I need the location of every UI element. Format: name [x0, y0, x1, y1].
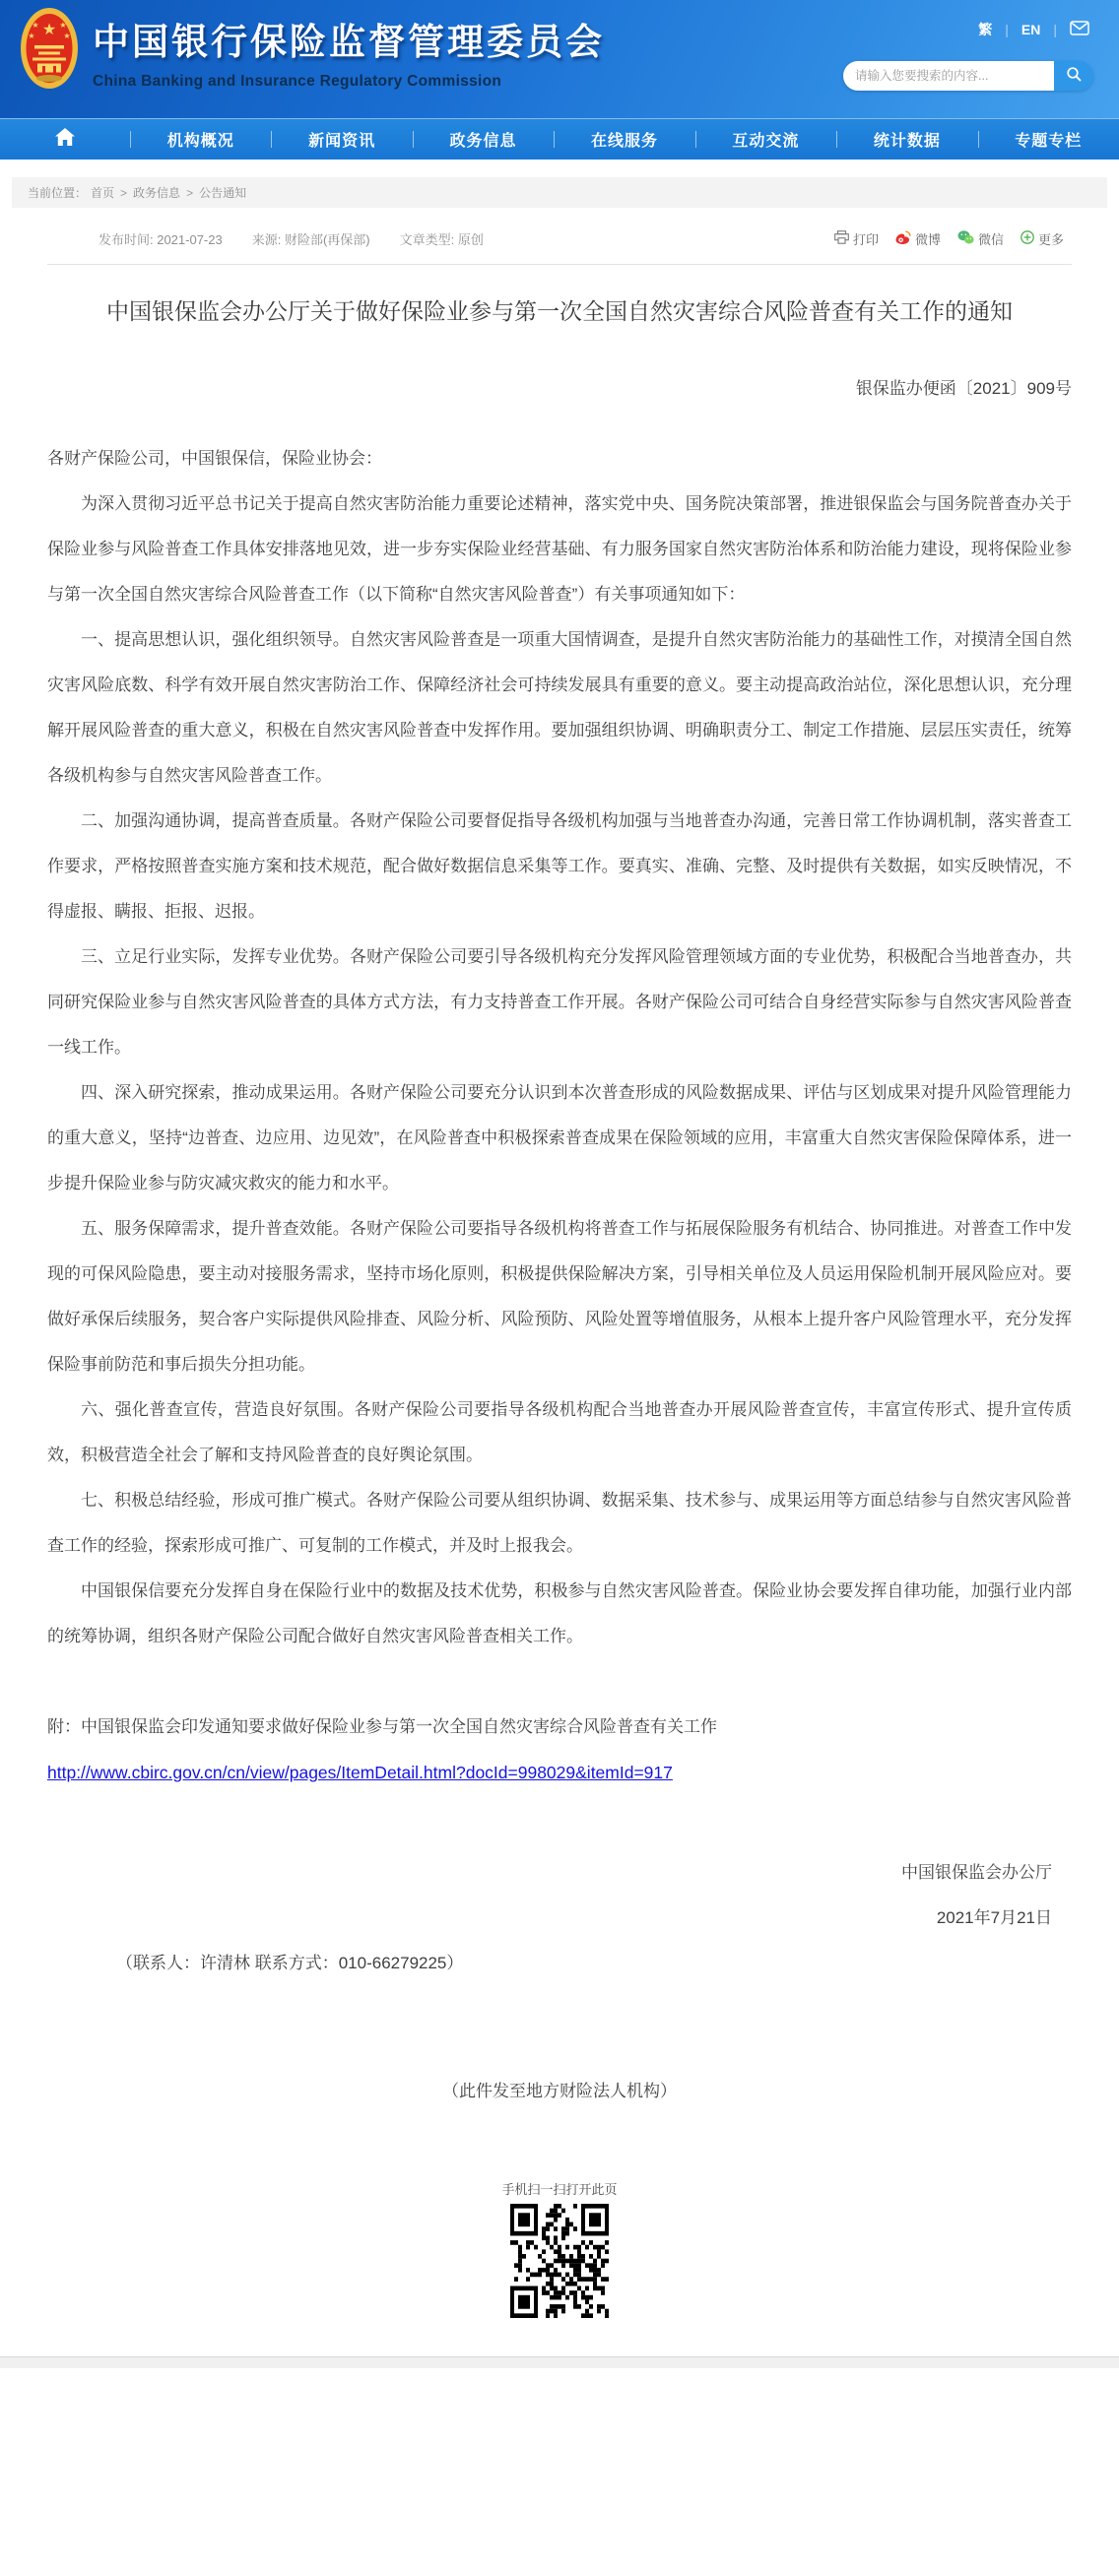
weibo-label: 微博 — [915, 229, 941, 248]
article-body: 为深入贯彻习近平总书记关于提高自然灾害防治能力重要论述精神，落实党中央、国务院决… — [47, 482, 1072, 1659]
footer-strip — [0, 2356, 1119, 2368]
site-title-cn: 中国银行保险监督管理委员会 — [93, 12, 605, 65]
breadcrumb-link-1[interactable]: 首页 — [91, 186, 114, 200]
breadcrumb-link-2[interactable]: 政务信息 — [133, 186, 180, 200]
svg-text:★: ★ — [32, 21, 38, 30]
nav-item-4[interactable]: 在线服务 — [554, 119, 694, 160]
divider: | — [1053, 22, 1057, 37]
search-bar — [843, 61, 1093, 91]
breadcrumb-separator: > — [186, 186, 193, 200]
svg-text:★: ★ — [59, 21, 66, 30]
nav-item-1[interactable]: 机构概况 — [130, 119, 271, 160]
print-button[interactable]: 打印 — [834, 229, 879, 248]
content-container: 发布时间: 2021-07-23 来源: 财险部(再保部) 文章类型: 原创 打… — [12, 208, 1107, 2323]
breadcrumb: 当前位置： 首页>政务信息>公告通知 — [12, 177, 1107, 208]
main-nav: 机构概况新闻资讯政务信息在线服务互动交流统计数据专题专栏 — [0, 118, 1119, 160]
nav-item-2[interactable]: 新闻资讯 — [271, 119, 412, 160]
article-paragraph: 四、深入研究探索，推动成果运用。各财产保险公司要充分认识到本次普查形成的风险数据… — [47, 1070, 1072, 1206]
page: { "header": { "title_cn": "中国银行保险监督管理委员会… — [0, 0, 1119, 2368]
article-paragraph: 中国银保信要充分发挥自身在保险行业中的数据及技术优势，积极参与自然灾害风险普查。… — [47, 1569, 1072, 1659]
contact-info: （联系人：许清林 联系方式：010-66279225） — [47, 1941, 1072, 1986]
article-paragraph: 七、积极总结经验，形成可推广模式。各财产保险公司要从组织协调、数据采集、技术参与… — [47, 1478, 1072, 1569]
divider: | — [1005, 22, 1009, 37]
document-number: 银保监办便函〔2021〕909号 — [47, 374, 1072, 399]
nav-item-3[interactable]: 政务信息 — [413, 119, 554, 160]
attachment-link[interactable]: http://www.cbirc.gov.cn/cn/view/pages/It… — [47, 1750, 1072, 1795]
article-paragraph: 二、加强沟通协调，提高普查质量。各财产保险公司要督促指导各级机构加强与当地普查办… — [47, 799, 1072, 934]
lang-traditional-link[interactable]: 繁 — [978, 20, 992, 39]
wechat-icon — [957, 230, 974, 247]
article-paragraph: 三、立足行业实际，发挥专业优势。各财产保险公司要引导各级机构充分发挥风险管理领域… — [47, 934, 1072, 1070]
article-paragraph: 为深入贯彻习近平总书记关于提高自然灾害防治能力重要论述精神，落实党中央、国务院决… — [47, 482, 1072, 617]
article-source: 来源: 财险部(再保部) — [252, 229, 370, 248]
article-paragraph: 五、服务保障需求，提升普查效能。各财产保险公司要指导各级机构将普查工作与拓展保险… — [47, 1206, 1072, 1387]
svg-text:★: ★ — [63, 32, 70, 40]
wechat-label: 微信 — [978, 229, 1004, 248]
breadcrumb-separator: > — [120, 186, 127, 200]
search-icon — [1066, 66, 1083, 86]
home-icon — [55, 128, 75, 151]
breadcrumb-items: 首页>政务信息>公告通知 — [87, 184, 250, 201]
article-salutation: 各财产保险公司，中国银保信，保险业协会： — [47, 436, 1072, 482]
site-title-en: China Banking and Insurance Regulatory C… — [93, 73, 605, 91]
article-title: 中国银保监会办公厅关于做好保险业参与第一次全国自然灾害综合风险普查有关工作的通知 — [47, 292, 1072, 331]
nav-item-7[interactable]: 专题专栏 — [978, 119, 1119, 160]
article-paragraph: 一、提高思想认识，强化组织领导。自然灾害风险普查是一项重大国情调查，是提升自然灾… — [47, 617, 1072, 799]
distribution-note: （此件发至地方财险法人机构） — [47, 2069, 1072, 2114]
svg-text:★: ★ — [28, 32, 34, 40]
issuing-office: 中国银保监会办公厅 — [47, 1850, 1052, 1896]
article-meta-bar: 发布时间: 2021-07-23 来源: 财险部(再保部) 文章类型: 原创 打… — [47, 208, 1072, 265]
svg-text:★: ★ — [42, 22, 56, 38]
article-type: 文章类型: 原创 — [400, 229, 484, 248]
header-top-links: 繁 | EN | — [978, 20, 1089, 39]
more-share-button[interactable]: 更多 — [1020, 229, 1064, 248]
signature-block: 中国银保监会办公厅 2021年7月21日 — [47, 1850, 1072, 1941]
nav-item-6[interactable]: 统计数据 — [836, 119, 977, 160]
print-label: 打印 — [853, 229, 879, 248]
article-paragraph: 六、强化普查宣传，营造良好氛围。各财产保险公司要指导各级机构配合当地普查办开展风… — [47, 1387, 1072, 1478]
site-titles: 中国银行保险监督管理委员会 China Banking and Insuranc… — [93, 12, 605, 91]
weibo-icon — [895, 230, 911, 248]
article-meta-info: 发布时间: 2021-07-23 来源: 财险部(再保部) 文章类型: 原创 — [99, 229, 484, 248]
breadcrumb-link-3[interactable]: 公告通知 — [199, 186, 246, 200]
article-actions: 打印 微博 微信 更多 — [834, 229, 1064, 248]
site-header: ★ ★ ★ ★ ★ 中国银行保险监督管理委员会 China Banking an… — [0, 0, 1119, 118]
qr-code — [510, 2204, 609, 2318]
breadcrumb-wrap: 当前位置： 首页>政务信息>公告通知 — [12, 177, 1107, 208]
qr-block: 手机扫一扫打开此页 — [47, 2179, 1072, 2323]
nav-home-button[interactable] — [0, 119, 130, 160]
weibo-share-button[interactable]: 微博 — [895, 229, 941, 248]
breadcrumb-label: 当前位置： — [28, 184, 87, 201]
plus-circle-icon — [1020, 230, 1034, 247]
wechat-share-button[interactable]: 微信 — [957, 229, 1004, 248]
search-input[interactable] — [843, 61, 1054, 91]
mail-icon[interactable] — [1070, 21, 1089, 38]
more-label: 更多 — [1038, 229, 1064, 248]
publish-time: 发布时间: 2021-07-23 — [99, 229, 223, 248]
search-button[interactable] — [1054, 61, 1093, 91]
issue-date: 2021年7月21日 — [47, 1896, 1052, 1941]
lang-en-link[interactable]: EN — [1021, 22, 1040, 37]
qr-caption: 手机扫一扫打开此页 — [47, 2179, 1072, 2198]
national-emblem: ★ ★ ★ ★ ★ — [20, 7, 79, 95]
attachment-label: 附：中国银保监会印发通知要求做好保险业参与第一次全国自然灾害综合风险普查有关工作 — [47, 1705, 1072, 1750]
nav-item-5[interactable]: 互动交流 — [695, 119, 836, 160]
printer-icon — [834, 230, 849, 247]
